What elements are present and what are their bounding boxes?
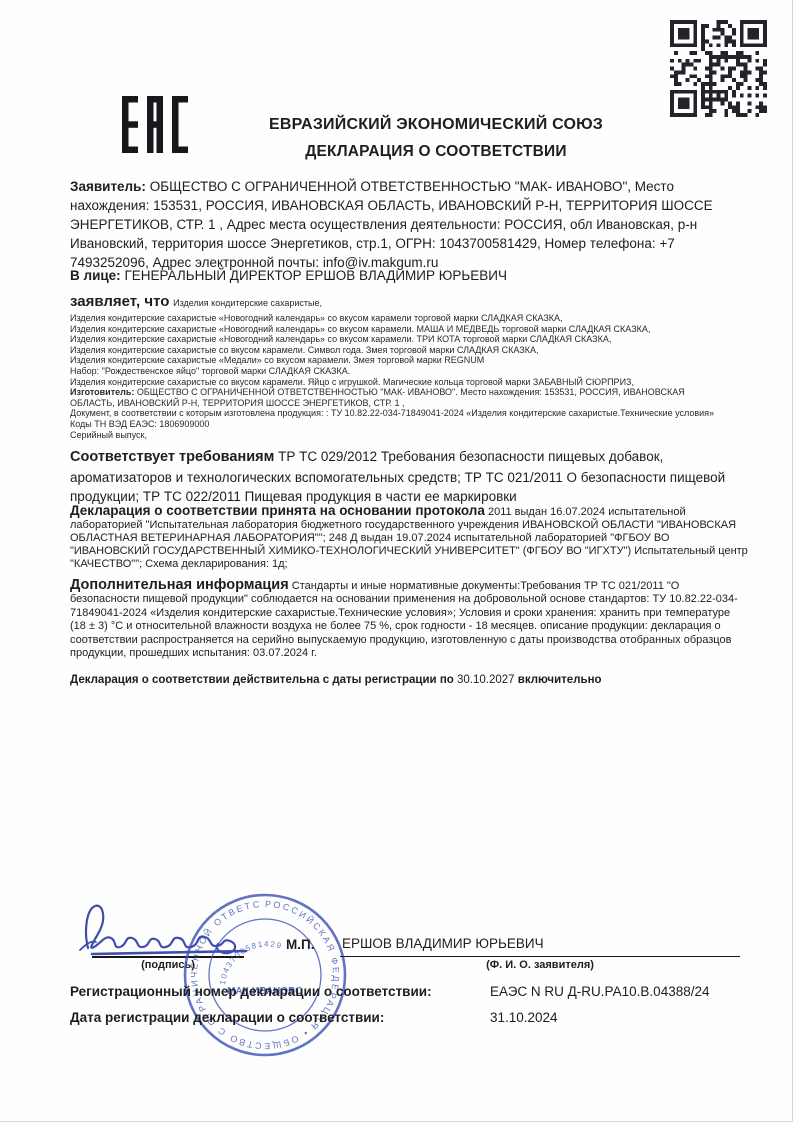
in-person-line: В лице: ГЕНЕРАЛЬНЫЙ ДИРЕКТОР ЕРШОВ ВЛАДИ…	[70, 266, 744, 285]
fio-caption: (Ф. И. О. заявителя)	[340, 959, 740, 971]
product-item: Набор: "Рождественское яйцо" торговой ма…	[70, 366, 762, 377]
validity-prefix: Декларация о соответствии действительна …	[70, 674, 454, 686]
declares-section: заявляет, что Изделия кондитерские сахар…	[70, 292, 762, 440]
additional-info-paragraph: Дополнительная информация Стандарты и ин…	[70, 579, 748, 660]
basis-paragraph: Декларация о соответствии принята на осн…	[70, 504, 752, 571]
eac-mark-icon	[122, 96, 188, 156]
product-document-ref: Документ, в соответствии с которым изгот…	[70, 408, 762, 419]
fio-value: ЕРШОВ ВЛАДИМИР ЮРЬЕВИЧ	[342, 936, 544, 951]
qr-code-icon	[670, 20, 767, 117]
signature-line	[92, 956, 244, 958]
validity-suffix: включительно	[518, 674, 602, 686]
manufacturer-paragraph: Изготовитель: ОБЩЕСТВО С ОГРАНИЧЕННОЙ ОТ…	[70, 387, 710, 408]
declares-label: заявляет, что	[70, 293, 169, 310]
registration-date-label: Дата регистрации декларации о соответств…	[70, 1010, 384, 1025]
applicant-paragraph: Заявитель: ОБЩЕСТВО С ОГРАНИЧЕННОЙ ОТВЕТ…	[70, 177, 744, 272]
registration-date-value: 31.10.2024	[490, 1010, 558, 1025]
additional-info-label: Дополнительная информация	[70, 577, 289, 593]
product-item: Изделия кондитерские сахаристые «Медали»…	[70, 355, 762, 366]
validity-date: 30.10.2027	[457, 674, 515, 686]
in-person-text: ГЕНЕРАЛЬНЫЙ ДИРЕКТОР ЕРШОВ ВЛАДИМИР ЮРЬЕ…	[124, 268, 507, 283]
basis-label: Декларация о соответствии принята на осн…	[70, 503, 485, 518]
registration-number-label: Регистрационный номер декларации о соотв…	[70, 984, 432, 999]
fio-line	[340, 956, 740, 957]
product-item: Изделия кондитерские сахаристые со вкусо…	[70, 377, 762, 388]
tnved-code: Коды ТН ВЭД ЕАЭС: 1806909000	[70, 419, 762, 430]
signature-caption: (подпись)	[92, 959, 244, 971]
mp-label: М.П.	[286, 937, 314, 952]
declares-intro: Изделия кондитерские сахаристые,	[173, 298, 322, 308]
product-item: Изделия кондитерские сахаристые «Новогод…	[70, 313, 762, 324]
product-item: Изделия кондитерские сахаристые «Новогод…	[70, 334, 762, 345]
declaration-document: ЕВРАЗИЙСКИЙ ЭКОНОМИЧЕСКИЙ СОЮЗ ДЕКЛАРАЦИ…	[0, 0, 793, 1122]
document-header: ЕВРАЗИЙСКИЙ ЭКОНОМИЧЕСКИЙ СОЮЗ ДЕКЛАРАЦИ…	[180, 116, 692, 161]
applicant-label: Заявитель:	[70, 179, 146, 194]
manufacturer-label: Изготовитель:	[70, 387, 134, 397]
product-list: Изделия кондитерские сахаристые «Новогод…	[70, 313, 762, 387]
registration-number-value: ЕАЭС N RU Д-RU.РА10.В.04388/24	[490, 984, 710, 999]
validity-line: Декларация о соответствии действительна …	[70, 673, 750, 688]
compliance-label: Соответствует требованиям	[70, 449, 274, 465]
product-item: Изделия кондитерские сахаристые «Новогод…	[70, 324, 762, 335]
union-title: ЕВРАЗИЙСКИЙ ЭКОНОМИЧЕСКИЙ СОЮЗ	[180, 116, 692, 134]
manufacturer-text: ОБЩЕСТВО С ОГРАНИЧЕННОЙ ОТВЕТСТВЕННОСТЬЮ…	[70, 387, 685, 408]
compliance-paragraph: Соответствует требованиям ТР ТС 029/2012…	[70, 447, 744, 507]
applicant-text: ОБЩЕСТВО С ОГРАНИЧЕННОЙ ОТВЕТСТВЕННОСТЬЮ…	[70, 179, 713, 270]
product-item: Изделия кондитерские сахаристые со вкусо…	[70, 345, 762, 356]
release-type: Серийный выпуск,	[70, 430, 762, 441]
in-person-label: В лице:	[70, 268, 121, 283]
document-title: ДЕКЛАРАЦИЯ О СООТВЕТСТВИИ	[180, 143, 692, 161]
